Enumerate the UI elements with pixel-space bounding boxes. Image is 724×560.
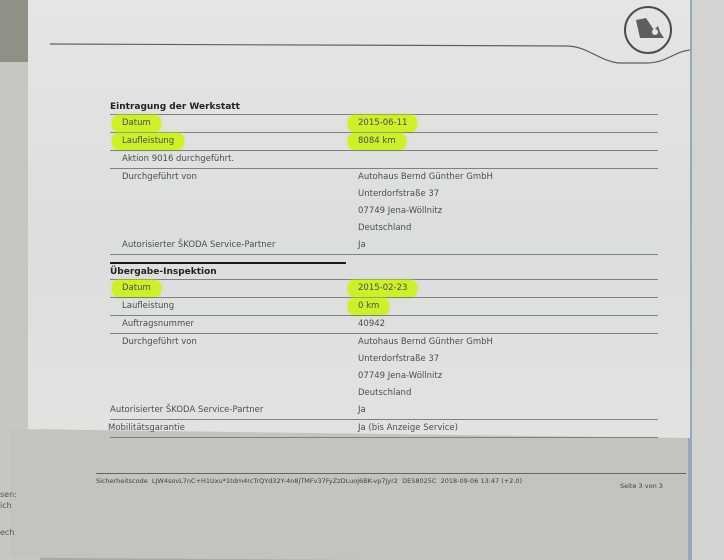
row-performed-by: Durchgeführt von Autohaus Bernd Günther … — [110, 333, 658, 351]
row-label: Aktion 9016 durchgeführt. — [122, 151, 234, 168]
row-date: Datum 2015-06-11 — [110, 114, 658, 132]
row-address-street: Unterdorfstraße 37 — [110, 186, 658, 203]
timestamp: 2018-09-06 13:47 (+2.0) — [441, 477, 523, 485]
row-authorized-partner: Autorisierter ŠKODA Service-Partner Ja — [110, 237, 658, 254]
row-order-number: Auftragsnummer 40942 — [110, 315, 658, 333]
row-value: 07749 Jena-Wöllnitz — [358, 368, 442, 385]
row-label: Laufleistung — [112, 133, 184, 150]
row-label: Laufleistung — [122, 298, 174, 315]
row-value: 0 km — [348, 298, 389, 315]
row-value: Autohaus Bernd Günther GmbH — [358, 169, 493, 186]
row-label: Auftragsnummer — [122, 316, 194, 333]
row-address-city: 07749 Jena-Wöllnitz — [110, 203, 658, 220]
footer-security: Sicherheitscode LJW4sovL7nC+H1Uxu*1tdm4r… — [96, 477, 522, 485]
document-id: DES8025C — [402, 477, 436, 485]
row-value: Unterdorfstraße 37 — [358, 186, 439, 203]
row-value: 2015-06-11 — [348, 115, 417, 132]
row-value: 2015-02-23 — [348, 280, 417, 297]
background-sheet-bottom — [10, 430, 700, 560]
row-authorized-partner: Autorisierter ŠKODA Service-Partner Ja — [110, 402, 658, 419]
header-curve — [28, 0, 690, 70]
skoda-logo-icon — [624, 6, 672, 54]
row-value: Deutschland — [358, 220, 411, 237]
row-performed-by: Durchgeführt von Autohaus Bernd Günther … — [110, 168, 658, 186]
row-value: Autohaus Bernd Günther GmbH — [358, 334, 493, 351]
row-date: Datum 2015-02-23 — [110, 279, 658, 297]
row-address-country: Deutschland — [110, 220, 658, 237]
security-code: LJW4sovL7nC+H1Uxu*1tdm4rcTrQYd32Y-4n8jTM… — [152, 477, 398, 485]
row-divider — [110, 437, 658, 438]
row-address-city: 07749 Jena-Wöllnitz — [110, 368, 658, 385]
row-value: 8084 km — [348, 133, 406, 150]
row-value: 40942 — [358, 316, 385, 333]
section-handover-inspection: Übergabe-Inspektion Datum 2015-02-23 Lau… — [110, 265, 658, 438]
row-value: Ja (bis Anzeige Service) — [358, 420, 458, 437]
section-title: Eintragung der Werkstatt — [110, 100, 658, 114]
row-address-country: Deutschland — [110, 385, 658, 402]
footer-divider — [96, 473, 686, 474]
row-label: Durchgeführt von — [122, 334, 197, 351]
row-address-street: Unterdorfstraße 37 — [110, 351, 658, 368]
row-divider — [110, 254, 658, 255]
row-label: Datum — [112, 115, 161, 132]
row-value: 07749 Jena-Wöllnitz — [358, 203, 442, 220]
left-fragment: sen: — [0, 490, 17, 499]
row-label: Datum — [112, 280, 161, 297]
row-label: Autorisierter ŠKODA Service-Partner — [110, 402, 263, 419]
row-label: Autorisierter ŠKODA Service-Partner — [122, 237, 275, 254]
row-mobility-guarantee: Mobilitätsgarantie Ja (bis Anzeige Servi… — [110, 419, 658, 437]
row-value: Deutschland — [358, 385, 411, 402]
row-value: Unterdorfstraße 37 — [358, 351, 439, 368]
row-mileage: Laufleistung 8084 km — [110, 132, 658, 150]
section-title-bar — [110, 262, 346, 264]
row-mileage: Laufleistung 0 km — [110, 297, 658, 315]
row-label: Mobilitätsgarantie — [108, 420, 185, 437]
security-code-label: Sicherheitscode — [96, 477, 148, 485]
section-title: Übergabe-Inspektion — [110, 265, 658, 279]
row-action: Aktion 9016 durchgeführt. — [110, 150, 658, 168]
section-workshop-entry: Eintragung der Werkstatt Datum 2015-06-1… — [110, 100, 658, 255]
row-value: Ja — [358, 402, 366, 419]
row-value: Ja — [358, 237, 366, 254]
page-number: Seite 3 von 3 — [620, 482, 663, 490]
row-label: Durchgeführt von — [122, 169, 197, 186]
left-fragment: ich — [0, 501, 12, 510]
background-sheet-right — [692, 0, 724, 560]
left-fragment: ech — [0, 528, 14, 537]
